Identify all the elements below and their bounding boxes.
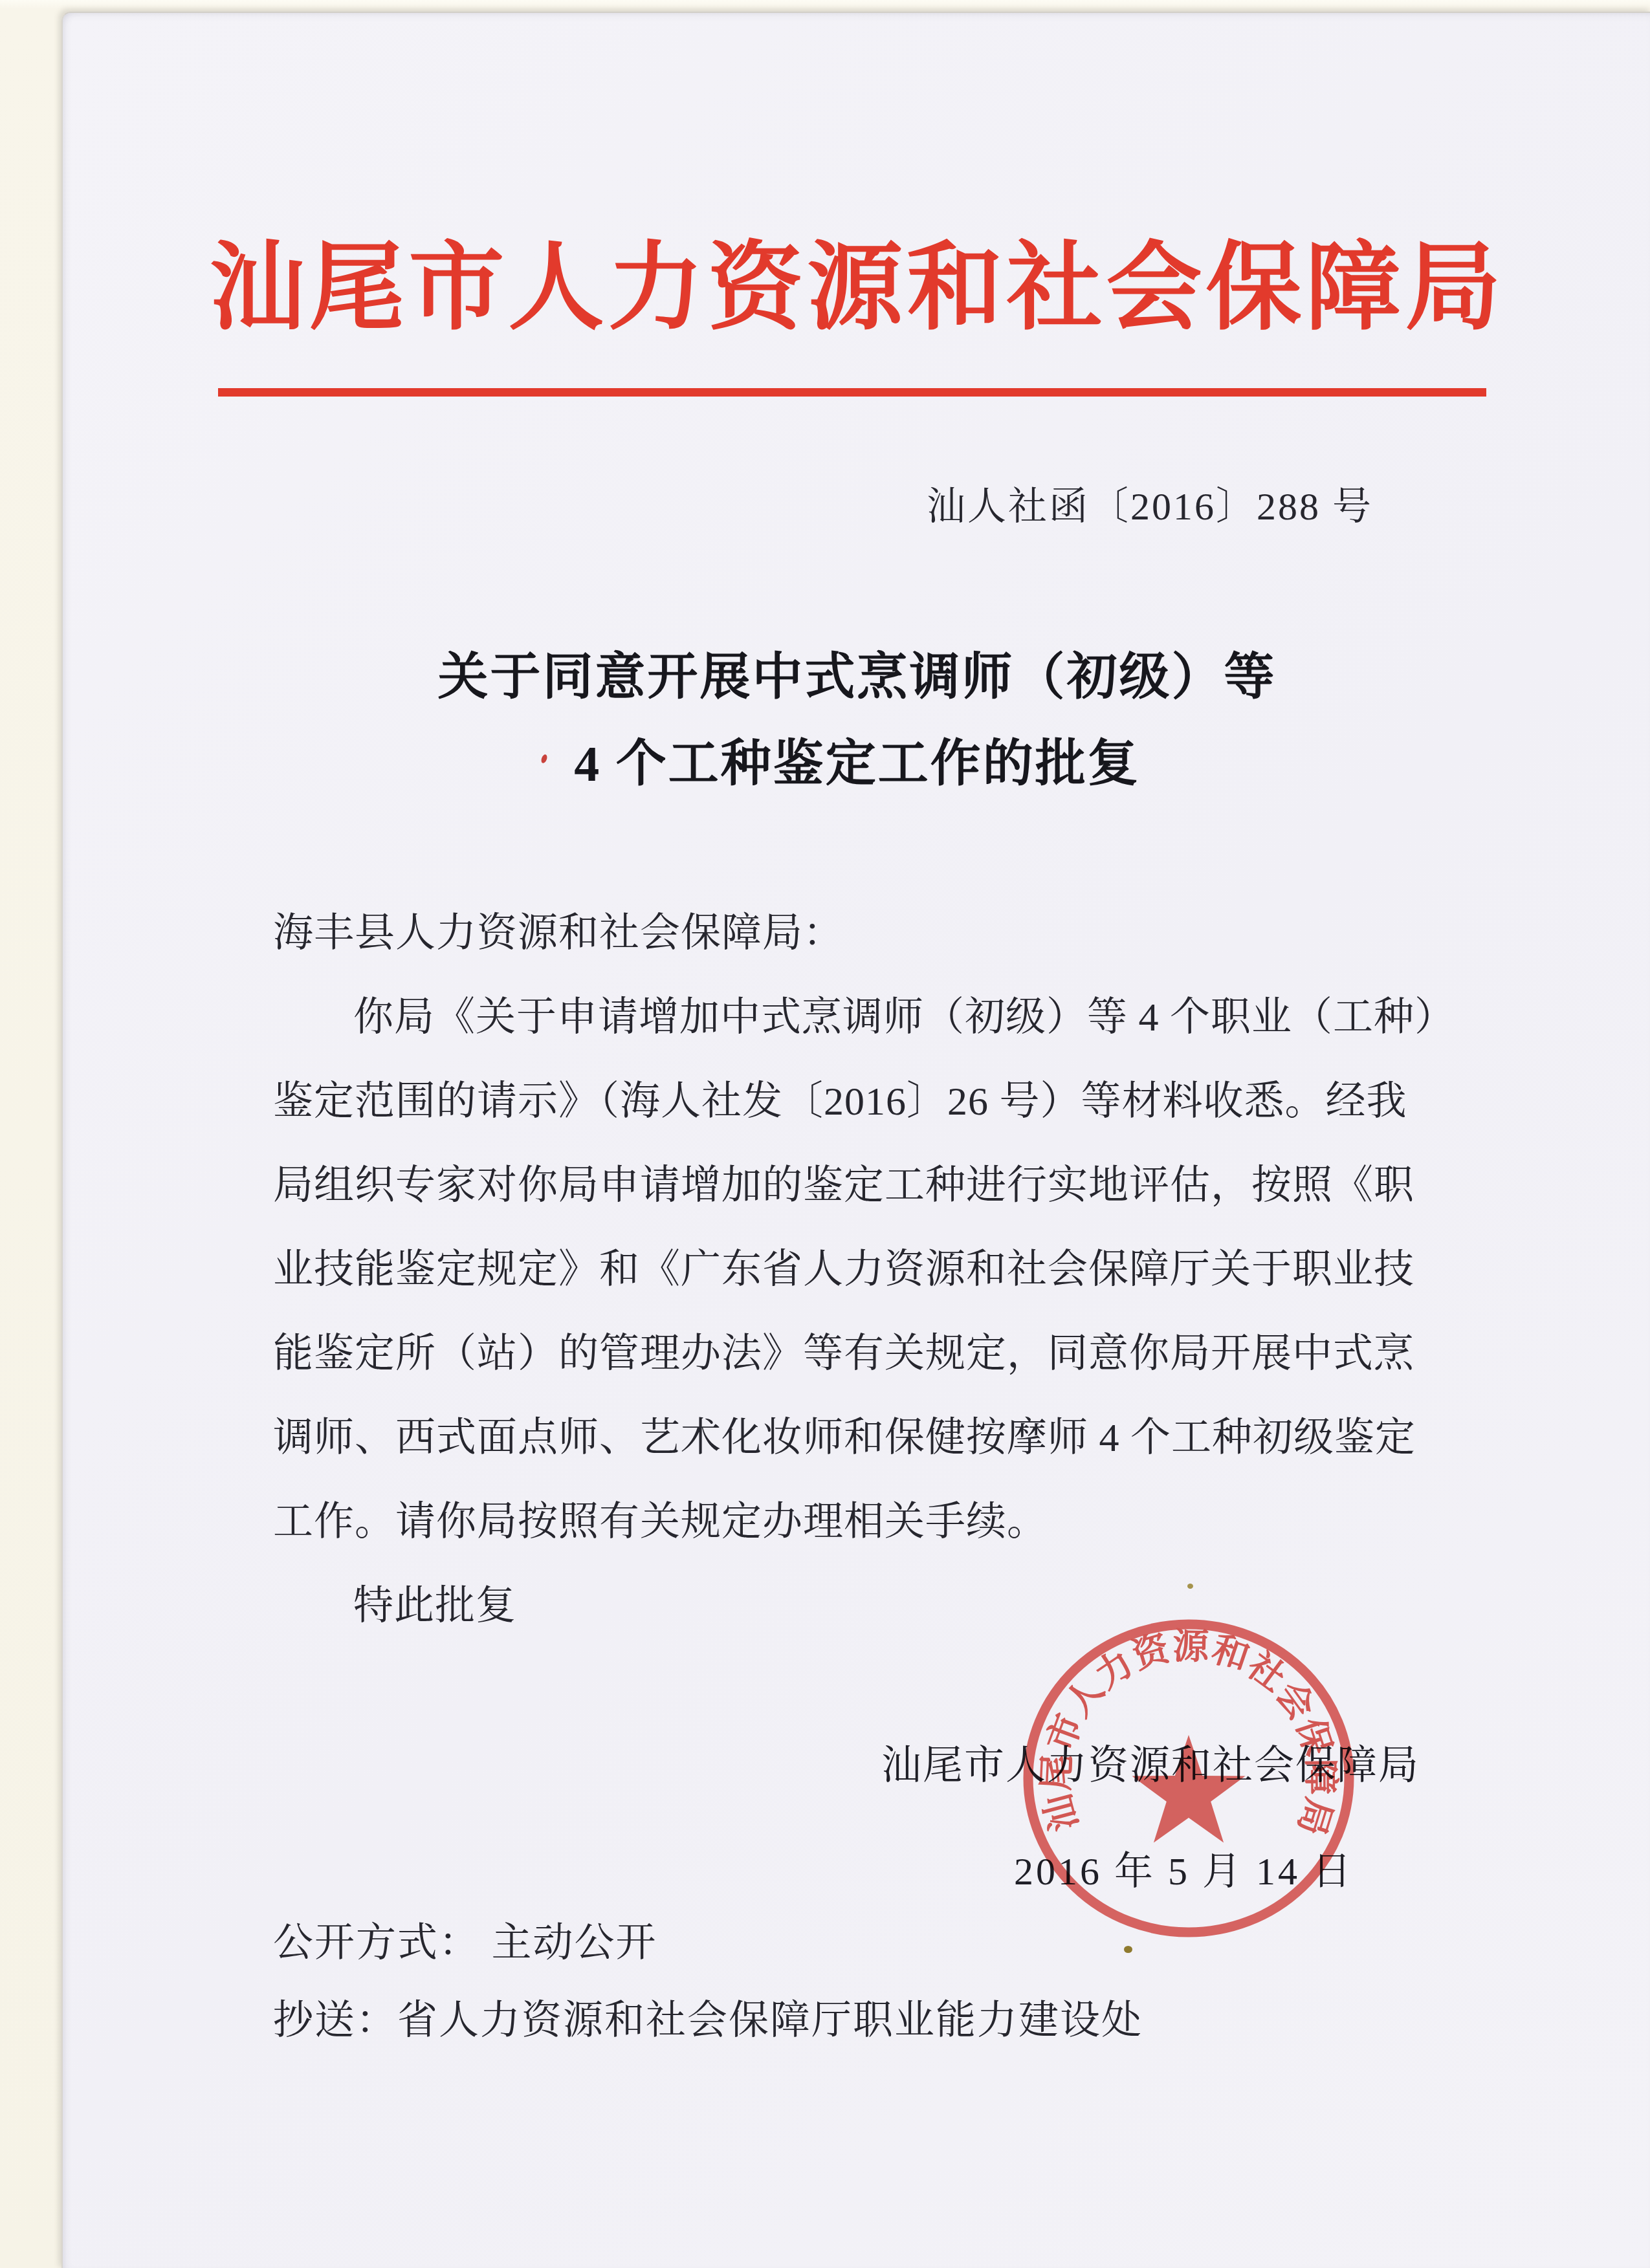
body-text-line: 能鉴定所（站）的管理办法》等有关规定，同意你局开展中式烹 — [273, 1312, 1412, 1396]
body-text-line: 业技能鉴定规定》和《广东省人力资源和社会保障厅关于职业技 — [273, 1228, 1412, 1312]
body-text-line: 局组织专家对你局申请增加的鉴定工种进行实地评估，按照《职 — [273, 1144, 1412, 1228]
document-number: 汕人社函〔2016〕288 号 — [927, 487, 1373, 526]
official-red-seal: 汕尾市人力资源和社会保障局 — [988, 1578, 1389, 1979]
letterhead-red-rule — [218, 388, 1486, 397]
body-text-line: 你局《关于申请增加中式烹调师（初级）等 4 个职业（工种） — [273, 976, 1412, 1060]
recipient-line: 海丰县人力资源和社会保障局： — [273, 891, 1412, 976]
document-title-line2: 4 个工种鉴定工作的批复 — [63, 739, 1650, 789]
document-title-line1: 关于同意开展中式烹调师（初级）等 — [63, 652, 1650, 703]
body-text-line: 鉴定范围的请示》（海人社发〔2016〕26 号）等材料收悉。经我 — [273, 1060, 1412, 1144]
body-text-line: 工作。请你局按照有关规定办理相关手续。 — [273, 1480, 1412, 1564]
paper-speck — [1124, 1946, 1132, 1953]
star-icon — [1132, 1735, 1246, 1842]
disclosure-method-line: 公开方式： 主动公开 — [273, 1921, 657, 1965]
letter-paper: 汕尾市人力资源和社会保障局 汕人社函〔2016〕288 号 关于同意开展中式烹调… — [61, 12, 1650, 2268]
scanned-official-letter: { "page": { "background_color": "#f6f3e7… — [0, 0, 1650, 2268]
letterhead-agency-title: 汕尾市人力资源和社会保障局 — [63, 212, 1650, 365]
letter-body: 海丰县人力资源和社会保障局： 你局《关于申请增加中式烹调师（初级）等 4 个职业… — [273, 891, 1412, 1648]
paper-speck — [1187, 1584, 1193, 1589]
body-text-line: 调师、西式面点师、艺术化妆师和保健按摩师 4 个工种初级鉴定 — [273, 1396, 1412, 1480]
cc-line: 抄送：省人力资源和社会保障厅职业能力建设处 — [273, 1999, 1143, 2043]
